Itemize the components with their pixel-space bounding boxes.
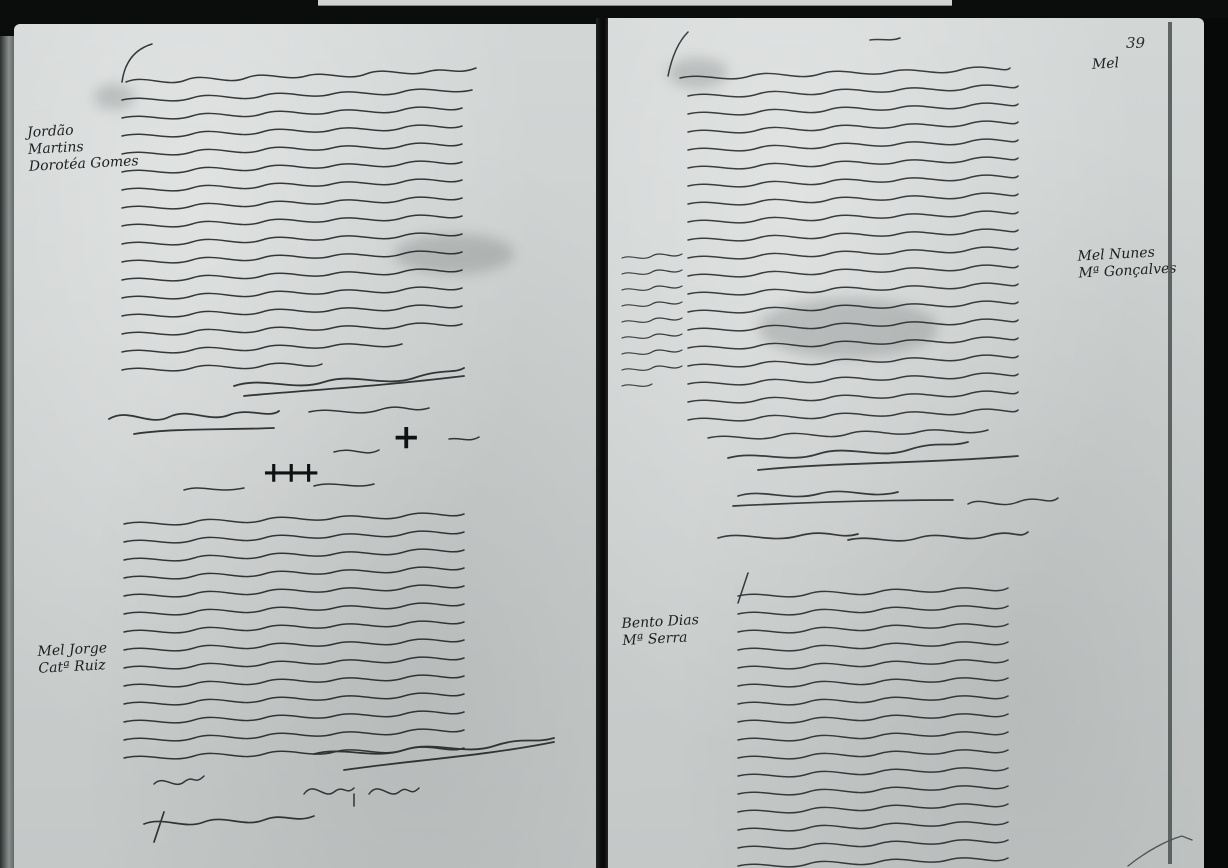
witness-mark-cross: + [392, 417, 421, 457]
page-margin-rule [1168, 22, 1172, 864]
witness-mark-triple-cross: +++ [262, 456, 314, 489]
margin-note-names: Jordão Martins Dorotéa Gomes [27, 119, 139, 176]
ink-smudge [94, 84, 134, 110]
ink-smudge [758, 298, 938, 358]
film-frame-top-strip [318, 0, 952, 6]
right-page-handwriting [608, 18, 1204, 868]
margin-note-names: Mel Nunes Mª Gonçalves [1077, 243, 1177, 282]
margin-note-names: Bento Dias Mª Serra [621, 612, 700, 650]
folio-number: 39 [1126, 34, 1145, 52]
ink-smudge [394, 234, 514, 274]
margin-note-names: Mel Jorge Catª Ruiz [37, 640, 108, 678]
film-frame-right-edge [1204, 18, 1228, 868]
left-page: + +++ Jordão Martins Dorotéa Gomes Mel J… [14, 24, 598, 868]
right-page: 39 Mel Mel Nunes Mª Gonçalves Bento Dias… [608, 18, 1204, 868]
margin-note-names: Mel [1092, 55, 1120, 73]
